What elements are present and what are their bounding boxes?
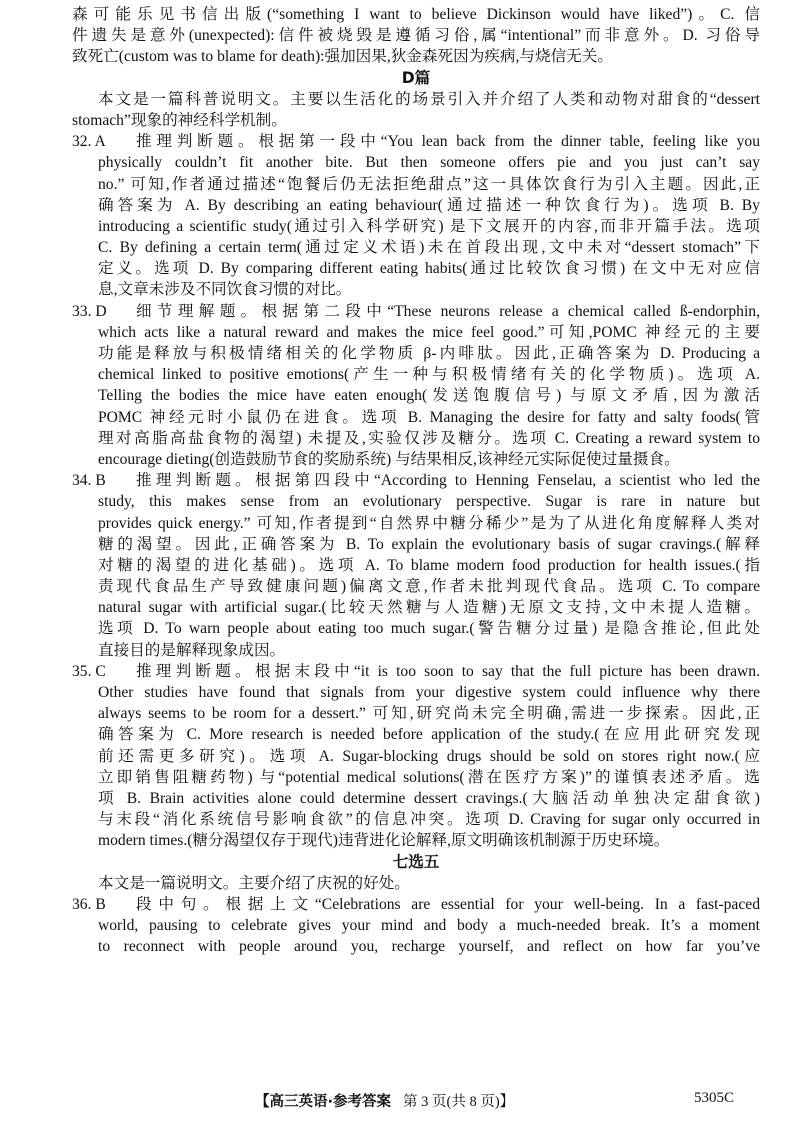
answer-key-page: 森可能乐见书信出版(“something I want to believe D…	[72, 4, 760, 957]
answer-line: Other studies have found that signals fr…	[72, 682, 760, 703]
document-code: 5305C	[694, 1090, 734, 1107]
answer-line: study, this makes sense from an evolutio…	[72, 491, 760, 512]
answer-line: 32. A推理判断题。根据第一段中“You lean back from the…	[72, 131, 760, 152]
answer-line: physically couldn’t fit another bite. Bu…	[72, 152, 760, 173]
answer-line: 项 B. Brain activities alone could determ…	[72, 788, 760, 809]
answer-line: no.” 可知,作者通过描述“饱餐后仍无法拒绝甜点”这一具体饮食行为引入主题。因…	[72, 174, 760, 195]
answer-line: 理对高脂高盐食物的渴望) 未提及,实验仅涉及糖分。选项 C. Creating …	[72, 428, 760, 449]
intro-line: 本文是一篇说明文。主要介绍了庆祝的好处。	[72, 873, 760, 894]
section-heading-d: D篇	[72, 68, 760, 89]
answer-line: 功能是释放与积极情绪相关的化学物质 β-内啡肽。因此,正确答案为 D. Prod…	[72, 343, 760, 364]
answer-item-34: 34. B推理判断题。根据第四段中“According to Henning F…	[72, 470, 760, 661]
answer-line: 34. B推理判断题。根据第四段中“According to Henning F…	[72, 470, 760, 491]
answer-line: C. By defining a certain term(通过定义术语)未在首…	[72, 237, 760, 258]
answer-line: 33. D细节理解题。根据第二段中“These neurons release …	[72, 301, 760, 322]
intro-line: stomach”现象的神经科学机制。	[72, 110, 760, 131]
page-footer: 【高三英语·参考答案第 3 页(共 8 页)】 5305C	[0, 1090, 800, 1114]
answer-line: modern times.(糖分渴望仅存于现代)违背进化论解释,原文明确该机制源…	[72, 830, 760, 851]
answer-line: provides quick energy.” 可知,作者提到“自然界中糖分稀少…	[72, 513, 760, 534]
question-number: 36. B	[72, 894, 106, 915]
answer-line: natural sugar with artificial sugar.(比较天…	[72, 597, 760, 618]
answer-line: 立即销售阻糖药物) 与“potential medical solutions(…	[72, 767, 760, 788]
answer-item-35: 35. C推理判断题。根据末段中“it is too soon to say t…	[72, 661, 760, 852]
answer-line: 与末段“消化系统信号影响食欲”的信息冲突。选项 D. Craving for s…	[72, 809, 760, 830]
text-line: 件遗失是意外(unexpected):信件被烧毁是遵循习俗,属“intentio…	[72, 25, 760, 46]
answer-line: 糖的渴望。因此,正确答案为 B. To explain the evolutio…	[72, 534, 760, 555]
answer-item-32: 32. A推理判断题。根据第一段中“You lean back from the…	[72, 131, 760, 301]
answer-line: 36. B段中句。根据上文“Celebrations are essential…	[72, 894, 760, 915]
page-number: 第 3 页(共 8 页)】	[403, 1094, 514, 1110]
previous-passage-continuation: 森可能乐见书信出版(“something I want to believe D…	[72, 4, 760, 68]
answer-item-36: 36. B段中句。根据上文“Celebrations are essential…	[72, 894, 760, 958]
answer-line: world, pausing to celebrate gives your m…	[72, 915, 760, 936]
section-d-intro: 本文是一篇科普说明文。主要以生活化的场景引入并介绍了人类和动物对甜食的“dess…	[72, 89, 760, 131]
answer-line: 直接目的是解释现象成因。	[72, 640, 760, 661]
intro-line: 本文是一篇科普说明文。主要以生活化的场景引入并介绍了人类和动物对甜食的“dess…	[72, 89, 760, 110]
answer-line: 确答案为 C. More research is needed before a…	[72, 724, 760, 745]
answer-item-33: 33. D细节理解题。根据第二段中“These neurons release …	[72, 301, 760, 471]
text-line: 森可能乐见书信出版(“something I want to believe D…	[72, 4, 760, 25]
answer-line: Telling the bodies the mice have eaten e…	[72, 385, 760, 406]
question-number: 33. D	[72, 301, 107, 322]
answer-line: always seems to be room for a dessert.” …	[72, 703, 760, 724]
answer-line: 确答案为 A. By describing an eating behaviou…	[72, 195, 760, 216]
answer-line: POMC 神经元时小鼠仍在进食。选项 B. Managing the desir…	[72, 407, 760, 428]
answer-line: 息,文章未涉及不同饮食习惯的对比。	[72, 279, 760, 300]
answer-line: 选项 D. To warn people about eating too mu…	[72, 618, 760, 639]
answer-line: which acts like a natural reward and mak…	[72, 322, 760, 343]
footer-title: 【高三英语·参考答案第 3 页(共 8 页)】	[255, 1090, 514, 1111]
question-number: 32. A	[72, 131, 106, 152]
text-line: 致死亡(custom was to blame for death):强加因果,…	[72, 46, 760, 67]
section-heading-seven-choose-five: 七选五	[72, 852, 760, 873]
answer-line: 责现代食品生产导致健康问题)偏离文意,作者未批判现代食品。选项 C. To co…	[72, 576, 760, 597]
answer-line: encourage dieting(创造鼓励节食的奖励系统) 与结果相反,该神经…	[72, 449, 760, 470]
answer-line: 对糖的渴望的进化基础)。选项 A. To blame modern food p…	[72, 555, 760, 576]
answer-line: 前还需更多研究)。选项 A. Sugar-blocking drugs shou…	[72, 746, 760, 767]
answer-line: 定义。选项 D. By comparing different eating h…	[72, 258, 760, 279]
question-number: 34. B	[72, 470, 106, 491]
answer-line: 35. C推理判断题。根据末段中“it is too soon to say t…	[72, 661, 760, 682]
answer-line: introducing a scientific study(通过引入科学研究)…	[72, 216, 760, 237]
section-seven-intro: 本文是一篇说明文。主要介绍了庆祝的好处。	[72, 873, 760, 894]
answer-line: chemical linked to positive emotions(产生一…	[72, 364, 760, 385]
answer-line: to reconnect with people around you, rec…	[72, 936, 760, 957]
question-number: 35. C	[72, 661, 106, 682]
